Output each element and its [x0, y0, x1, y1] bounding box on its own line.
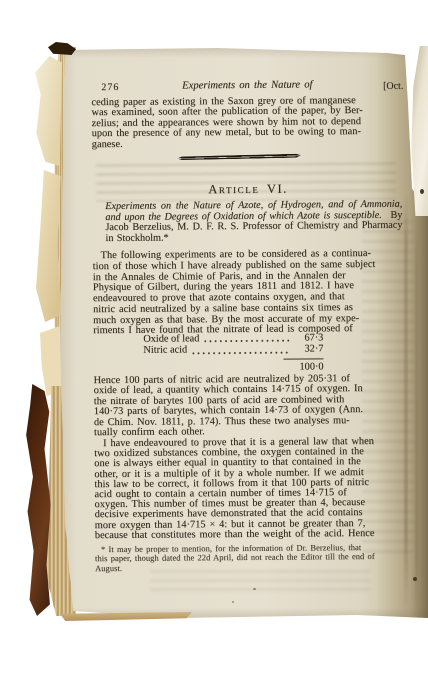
page-header: 276 Experiments on the Nature of [Oct.: [91, 79, 403, 95]
law-paragraph: I have endeavoured to prove that it is a…: [94, 437, 409, 541]
book-photo: 276 Experiments on the Nature of [Oct. c…: [0, 0, 428, 700]
printed-page-text: 276 Experiments on the Nature of [Oct. c…: [0, 0, 428, 700]
article-heading: Article VI.: [92, 181, 404, 198]
dot-leader: [192, 346, 290, 355]
issue-date-label: [Oct.: [383, 81, 403, 92]
table-total-value: 100·0: [299, 361, 323, 372]
continuation-paragraph: ceding paper as existing in the Saxon gr…: [91, 96, 405, 150]
section-divider-rule: [177, 154, 301, 161]
table-total: 100·0: [283, 358, 323, 372]
table-row: Nitric acid 32·7: [143, 344, 323, 357]
table-row-value: 32·7: [293, 344, 323, 355]
intro-paragraph: The following experiments are to be cons…: [93, 249, 408, 337]
footnote: * It may be proper to mention, for the i…: [95, 543, 415, 574]
table-row-label: Oxide of lead: [143, 333, 199, 344]
table-row-value: 67·3: [293, 332, 323, 343]
table-row-label: Nitric acid: [143, 345, 187, 356]
hence-paragraph: Hence 100 parts of nitric acid are neutr…: [94, 374, 408, 439]
article-title-block: Experiments on the Nature of Azote, of H…: [105, 200, 402, 245]
composition-table: Oxide of lead 67·3 Nitric acid 32·7 100·…: [143, 332, 323, 373]
dot-leader: [204, 335, 290, 344]
running-title: Experiments on the Nature of: [91, 79, 403, 92]
